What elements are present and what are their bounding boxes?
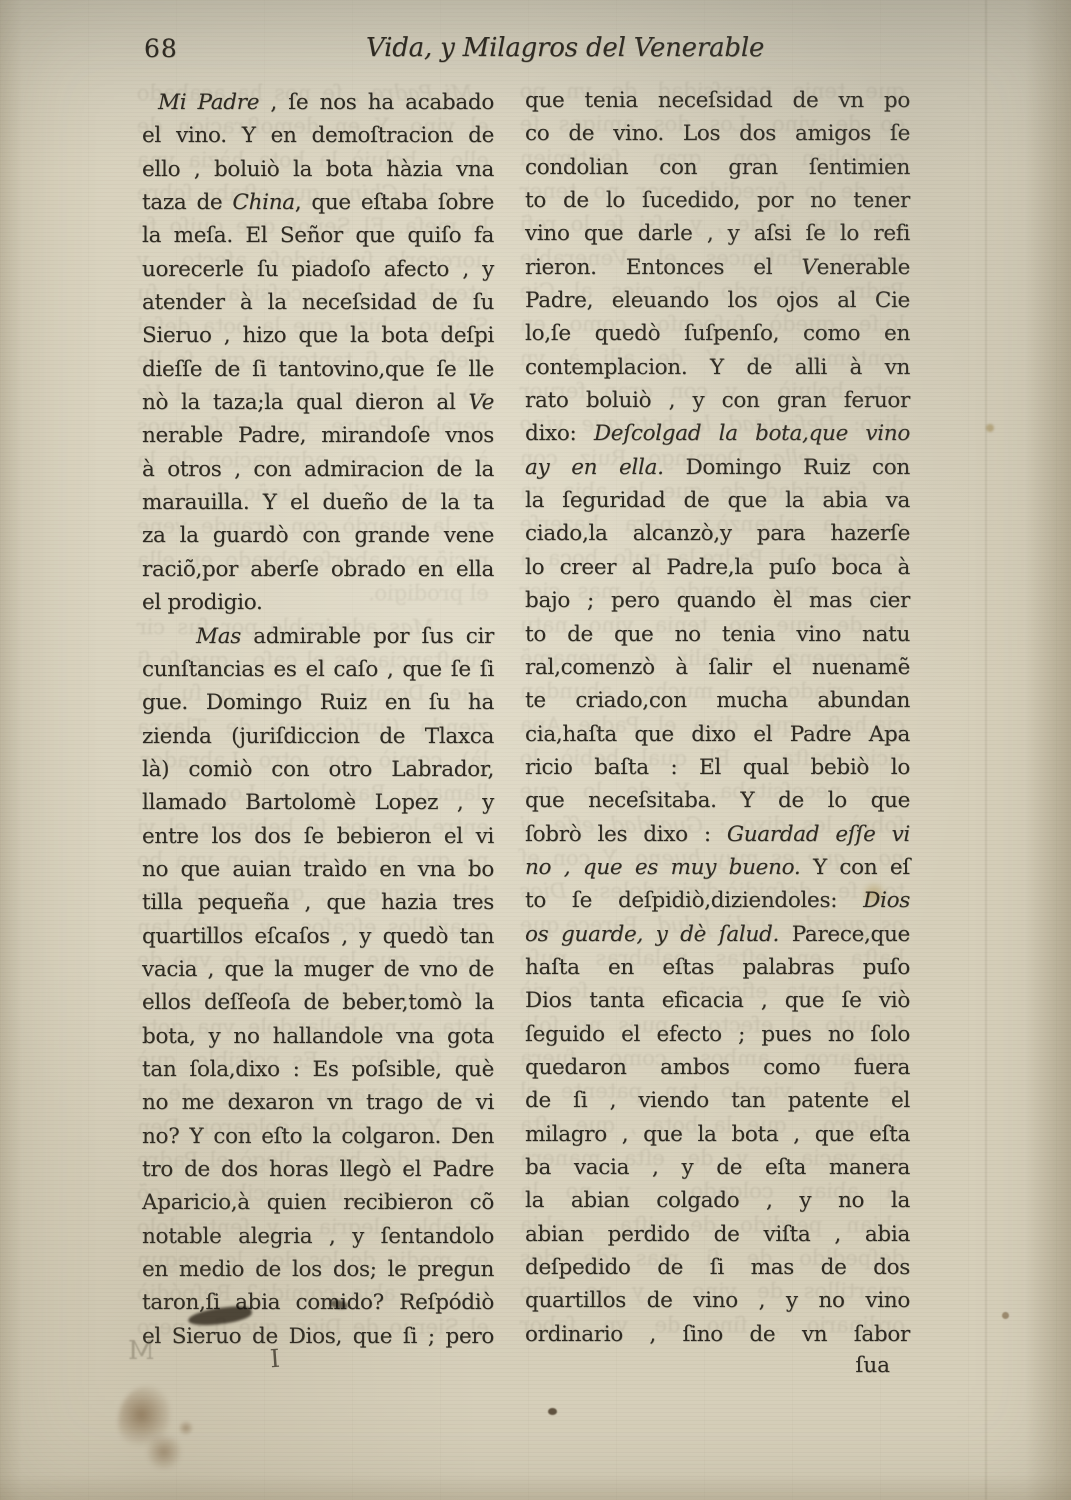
text-line: gue. Domingo Ruiz en ſu ha: [142, 686, 494, 719]
text-line: Padre, eleuando los ojos al Cie: [525, 284, 910, 317]
text-line: Mas admirable por ſus cir: [142, 620, 494, 653]
running-header: Vida, y Milagros del Venerable: [366, 33, 764, 63]
text-line: contemplacion. Y de alli à vn: [525, 351, 910, 384]
text-line: tro de dos horas llegò el Padre: [142, 1153, 494, 1186]
text-line: la meſa. El Señor que quiſo fa: [142, 219, 494, 252]
text-line: bajo ; pero quando èl mas cier: [525, 584, 910, 617]
signature-mark: I: [269, 1344, 281, 1374]
text-line: taza de China, que eſtaba ſobre: [142, 186, 494, 219]
text-line: ſeguido el efecto ; pues no ſolo: [525, 1018, 910, 1051]
text-line: ral,comenzò à ſalir el nuenamẽ: [525, 651, 910, 684]
text-line: dieſſe de ſi tantovino,que ſe lle: [142, 353, 494, 386]
text-line: no , que es muy bueno. Y con eſ: [525, 851, 910, 884]
text-line: raciõ,por aberſe obrado en ella: [142, 553, 494, 586]
text-line: à otros , con admiracion de la: [142, 453, 494, 486]
text-line: la abian colgado , y no la: [525, 1184, 910, 1217]
text-line: el Sieruo de Dios, que ſi ; pero: [142, 1320, 494, 1353]
text-line: deſpedido de ſi mas de dos: [525, 1251, 910, 1284]
text-line: no me dexaron vn trago de vi: [142, 1086, 494, 1119]
text-line: quedaron ambos como fuera: [525, 1051, 910, 1084]
text-line: Sieruo , hizo que la bota deſpi: [142, 319, 494, 352]
text-line: no? Y con eſto la colgaron. Den: [142, 1120, 494, 1153]
text-line: nerable Padre, mirandoſe vnos: [142, 419, 494, 452]
page-number: 68: [144, 34, 178, 63]
text-line: os guarde, y dè ſalud. Parece,que: [525, 918, 910, 951]
catchword: ſua: [525, 1349, 910, 1382]
text-line: zienda (juriſdiccion de Tlaxca: [142, 720, 494, 753]
text-line: uorecerle ſu piadoſo afecto , y: [142, 253, 494, 286]
text-line: to ſe deſpidiò,diziendoles: Dios: [525, 884, 910, 917]
text-line: llamado Bartolomè Lopez , y: [142, 786, 494, 819]
text-line: abian perdido de viſta , abia: [525, 1218, 910, 1251]
text-line: notable alegria , y ſentandolo: [142, 1220, 494, 1253]
text-line: co de vino. Los dos amigos ſe: [525, 117, 910, 150]
text-line: Aparicio,à quien recibieron cõ: [142, 1186, 494, 1219]
text-line: haſta en eſtas palabras puſo: [525, 951, 910, 984]
book-page: 68 Vida, y Milagros del Venerable Mi Pad…: [0, 0, 1071, 1500]
stain-bottom-left-small: [178, 1420, 194, 1436]
text-line: quartillos eſcaſos , y quedò tan: [142, 920, 494, 953]
text-line: dixo: Deſcolgad la bota,que vino: [525, 417, 910, 450]
text-line: ricio baſta : El qual bebiò lo: [525, 751, 910, 784]
text-line: ba vacia , y de eſta manera: [525, 1151, 910, 1184]
stain-bottom-left-medium: [146, 1432, 182, 1472]
text-line: vacia , que la muger de vno de: [142, 953, 494, 986]
fold-line: [985, 0, 987, 1500]
text-line: ello , boluiò la bota hàzia vna: [142, 153, 494, 186]
text-line: là) comiò con otro Labrador,: [142, 753, 494, 786]
speck-bottom-center: [548, 1408, 557, 1415]
text-line: cia,haſta que dixo el Padre Apa: [525, 718, 910, 751]
text-line: la ſeguridad de que la abia va: [525, 484, 910, 517]
text-line: Mi Padre , ſe nos ha acabado: [142, 86, 494, 119]
text-line: ellos deſſeoſa de beber,tomò la: [142, 986, 494, 1019]
text-line: en medio de los dos; le pregun: [142, 1253, 494, 1286]
text-line: el prodigio.: [142, 586, 494, 619]
text-line: rieron. Entonces el Venerable: [525, 251, 910, 284]
text-line: condolian con gran ſentimien: [525, 151, 910, 184]
text-line: tilla pequeña , que hazia tres: [142, 886, 494, 919]
text-line: ordinario , ſino de vn ſabor: [525, 1318, 910, 1351]
text-line: to de lo ſucedido, por no tener: [525, 184, 910, 217]
text-line: bota, y no hallandole vna gota: [142, 1020, 494, 1053]
text-line: ay en ella. Domingo Ruiz con: [525, 451, 910, 484]
text-line: entre los dos ſe bebieron el vi: [142, 820, 494, 853]
stain-bottom-left-large: [118, 1386, 170, 1450]
text-line: de ſi , viendo tan patente el: [525, 1084, 910, 1117]
text-line: atender à la neceſsidad de ſu: [142, 286, 494, 319]
text-line: to de que no tenia vino natu: [525, 618, 910, 651]
text-line: za la guardò con grande vene: [142, 519, 494, 552]
text-line: el vino. Y en demoſtracion de: [142, 119, 494, 152]
text-line: milagro , que la bota , que eſta: [525, 1118, 910, 1151]
text-line: nò la taza;la qual dieron al Ve: [142, 386, 494, 419]
speck-right-upper: [986, 424, 994, 432]
text-line: cunſtancias es el caſo , que ſe ſi: [142, 653, 494, 686]
text-line: tan ſola,dixo : Es poſsible, què: [142, 1053, 494, 1086]
text-line: que tenia neceſsidad de vn po: [525, 84, 910, 117]
text-line: lo creer al Padre,la puſo boca à: [525, 551, 910, 584]
text-line: marauilla. Y el dueño de la ta: [142, 486, 494, 519]
text-line: ſobrò les dixo : Guardad eſſe vi: [525, 818, 910, 851]
text-line: ciado,la alcanzò,y para hazerſe: [525, 517, 910, 550]
text-line: que neceſsitaba. Y de lo que: [525, 784, 910, 817]
text-line: lo,ſe quedò ſuſpenſo, como en: [525, 317, 910, 350]
text-line: Dios tanta eficacia , que ſe viò: [525, 984, 910, 1017]
right-column: que tenia neceſsidad de vn poco de vino.…: [525, 84, 910, 1351]
text-line: rato boluiò , y con gran feruor: [525, 384, 910, 417]
text-line: no que auian traìdo en vna bo: [142, 853, 494, 886]
text-line: vino que darle , y aſsi ſe lo refi: [525, 217, 910, 250]
speck-right-margin: [1002, 1312, 1009, 1319]
text-line: taron,ſi abia comido? Reſpódiò: [142, 1286, 494, 1319]
text-line: quartillos de vino , y no vino: [525, 1284, 910, 1317]
left-column: Mi Padre , ſe nos ha acabadoel vino. Y e…: [142, 86, 494, 1353]
text-line: te criado,con mucha abundan: [525, 684, 910, 717]
